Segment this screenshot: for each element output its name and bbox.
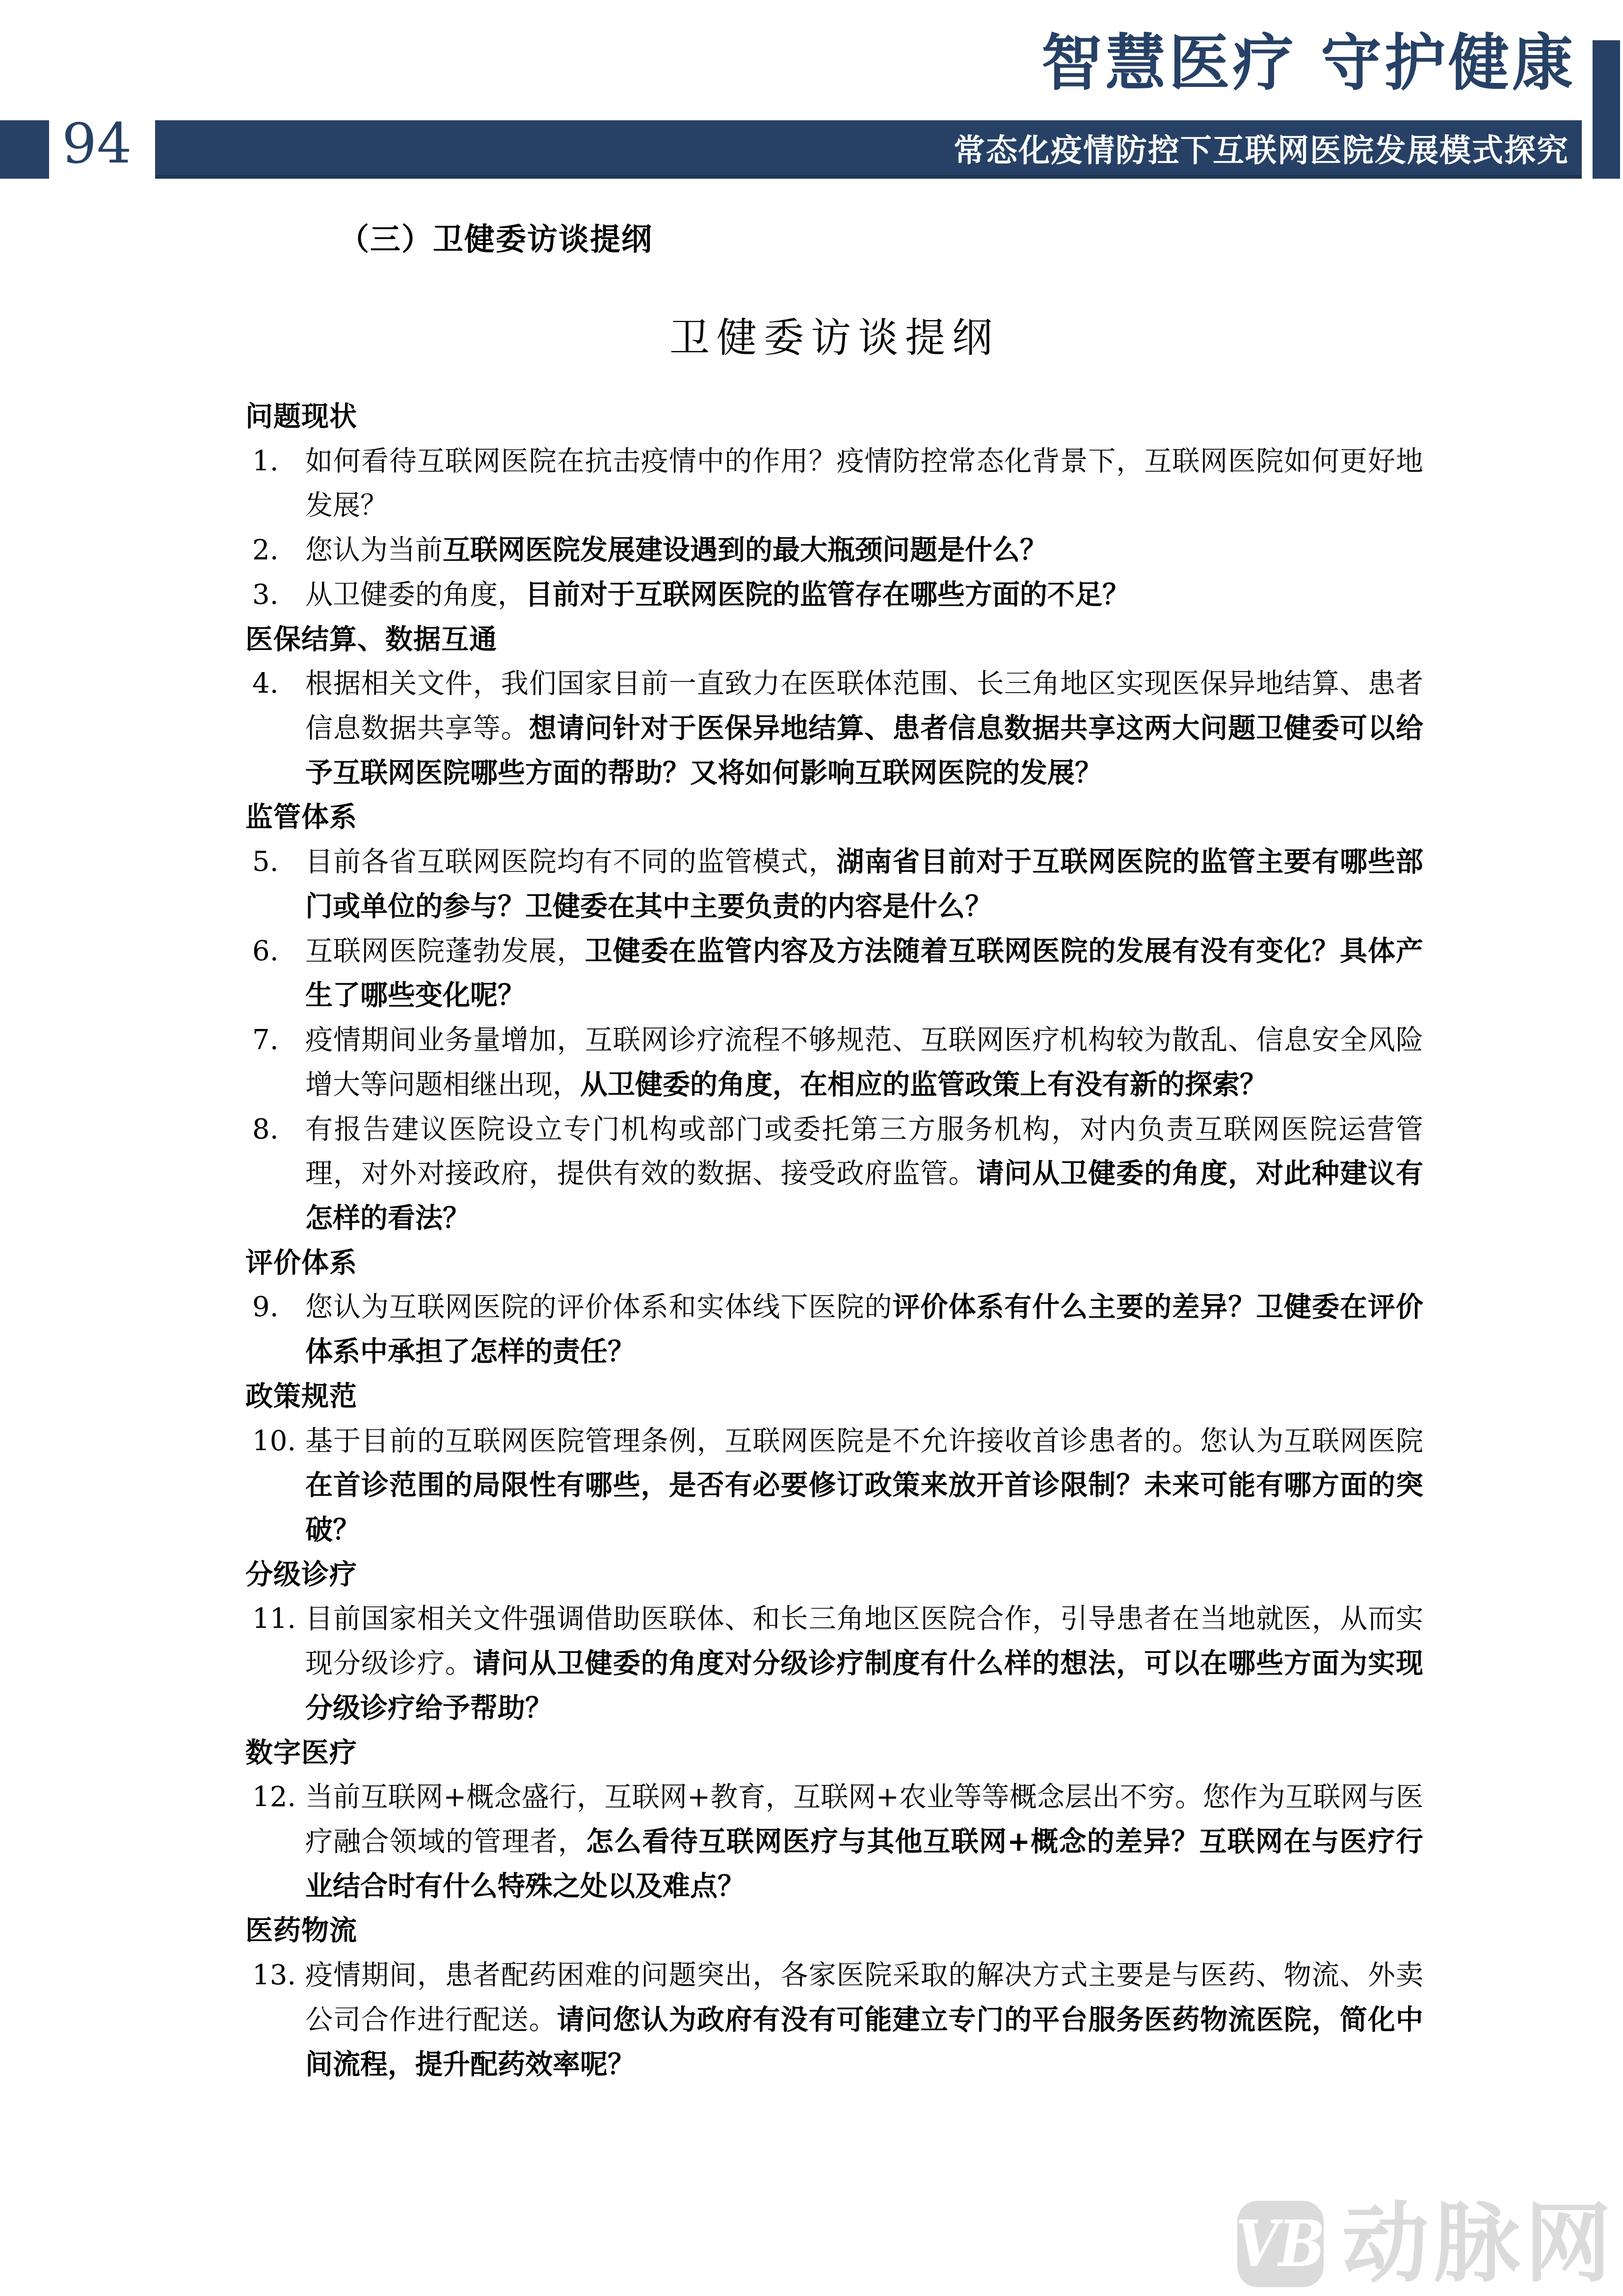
outline-item-number: 5. bbox=[245, 840, 305, 885]
outline-item-number: 10. bbox=[245, 1419, 305, 1464]
outline-item-number: 3. bbox=[245, 573, 305, 618]
outline-item-text: 如何看待互联网医院在抗击疫情中的作用？疫情防控常态化背景下，互联网医院如何更好地… bbox=[305, 439, 1423, 528]
outline-item-text-bold-run: 请问从卫健委的角度对分级诊疗制度有什么样的想法，可以在哪些方面为实现分级诊疗给予… bbox=[305, 1648, 1423, 1724]
outline-section-header: 监管体系 bbox=[245, 795, 1423, 840]
outline-item-text-run: 从卫健委的角度， bbox=[305, 579, 525, 611]
outline-item-text-bold-run: 互联网医院发展建设遇到的最大瓶颈问题是什么？ bbox=[443, 534, 1047, 566]
page-number: 94 bbox=[62, 114, 132, 174]
outline-item-text: 疫情期间业务量增加，互联网诊疗流程不够规范、互联网医疗机构较为散乱、信息安全风险… bbox=[305, 1018, 1423, 1107]
outline-item-text-run: 您认为当前 bbox=[305, 534, 443, 566]
header-slogan: 智慧医疗 守护健康 bbox=[1041, 28, 1576, 99]
outline-item: 7.疫情期间业务量增加，互联网诊疗流程不够规范、互联网医疗机构较为散乱、信息安全… bbox=[245, 1018, 1423, 1107]
vb-logo-icon: VB bbox=[1237, 2201, 1324, 2287]
outline-item-number: 7. bbox=[245, 1018, 305, 1063]
outline-item: 12.当前互联网+概念盛行，互联网+教育，互联网+农业等等概念层出不穷。您作为互… bbox=[245, 1775, 1423, 1909]
outline-item: 9.您认为互联网医院的评价体系和实体线下医院的评价体系有什么主要的差异？卫健委在… bbox=[245, 1285, 1423, 1374]
outline-item-number: 2. bbox=[245, 528, 305, 573]
outline-item: 11.目前国家相关文件强调借助医联体、和长三角地区医院合作，引导患者在当地就医，… bbox=[245, 1597, 1423, 1730]
header-subtitle: 常态化疫情防控下互联网医院发展模式探究 bbox=[954, 125, 1569, 170]
outline-item: 4.根据相关文件，我们国家目前一直致力在医联体范围、长三角地区实现医保异地结算、… bbox=[245, 662, 1423, 795]
outline-item-text: 互联网医院蓬勃发展，卫健委在监管内容及方法随着互联网医院的发展有没有变化？具体产… bbox=[305, 929, 1423, 1018]
outline-item-text-run: 基于目前的互联网医院管理条例，互联网医院是不允许接收首诊患者的。您认为互联网医院 bbox=[305, 1425, 1423, 1457]
outline-item-text-run: 如何看待互联网医院在抗击疫情中的作用？疫情防控常态化背景下，互联网医院如何更好地… bbox=[305, 445, 1423, 522]
outline-item: 1.如何看待互联网医院在抗击疫情中的作用？疫情防控常态化背景下，互联网医院如何更… bbox=[245, 439, 1423, 528]
outline-item-text: 根据相关文件，我们国家目前一直致力在医联体范围、长三角地区实现医保异地结算、患者… bbox=[305, 662, 1423, 795]
outline-item-text: 您认为互联网医院的评价体系和实体线下医院的评价体系有什么主要的差异？卫健委在评价… bbox=[305, 1285, 1423, 1374]
outline-section-header: 数字医疗 bbox=[245, 1731, 1423, 1776]
outline-item-number: 4. bbox=[245, 662, 305, 706]
header-bar: 常态化疫情防控下互联网医院发展模式探究 bbox=[155, 120, 1582, 179]
watermark: VB 动脉网 bbox=[1237, 2201, 1616, 2287]
outline-item-number: 13. bbox=[245, 1953, 305, 1998]
outline-item-number: 8. bbox=[245, 1107, 305, 1152]
outline-item-text: 疫情期间，患者配药困难的问题突出，各家医院采取的解决方式主要是与医药、物流、外卖… bbox=[305, 1953, 1423, 2087]
header-vertical-bar-decoration bbox=[1593, 40, 1620, 179]
outline-item-number: 1. bbox=[245, 439, 305, 484]
outline-item-text: 目前国家相关文件强调借助医联体、和长三角地区医院合作，引导患者在当地就医，从而实… bbox=[305, 1597, 1423, 1730]
outline-item-text: 从卫健委的角度，目前对于互联网医院的监管存在哪些方面的不足？ bbox=[305, 573, 1423, 618]
vb-logo-glyph: VB bbox=[1236, 2207, 1325, 2281]
header-corner-square-decoration bbox=[0, 120, 49, 179]
outline-section-header: 政策规范 bbox=[245, 1375, 1423, 1419]
outline-item-text-bold-run: 从卫健委的角度，在相应的监管政策上有没有新的探索？ bbox=[580, 1069, 1267, 1101]
outline-item: 5.目前各省互联网医院均有不同的监管模式，湖南省目前对于互联网医院的监管主要有哪… bbox=[245, 840, 1423, 929]
outline-item-number: 6. bbox=[245, 929, 305, 974]
outline-section-header: 分级诊疗 bbox=[245, 1553, 1423, 1597]
watermark-text: 动脉网 bbox=[1342, 2201, 1616, 2287]
outline-item-text: 目前各省互联网医院均有不同的监管模式，湖南省目前对于互联网医院的监管主要有哪些部… bbox=[305, 840, 1423, 929]
outline-item-number: 11. bbox=[245, 1597, 305, 1642]
outline-item-number: 12. bbox=[245, 1775, 305, 1820]
outline-item-text-bold-run: 在首诊范围的局限性有哪些，是否有必要修订政策来放开首诊限制？未来可能有哪方面的突… bbox=[305, 1469, 1423, 1546]
outline-item-text-run: 互联网医院蓬勃发展， bbox=[305, 935, 585, 967]
outline-item-text: 有报告建议医院设立专门机构或部门或委托第三方服务机构，对内负责互联网医院运营管理… bbox=[305, 1107, 1423, 1241]
outline-item-text: 当前互联网+概念盛行，互联网+教育，互联网+农业等等概念层出不穷。您作为互联网与… bbox=[305, 1775, 1423, 1909]
section-heading: （三）卫健委访谈提纲 bbox=[339, 215, 1423, 259]
outline-section-header: 评价体系 bbox=[245, 1241, 1423, 1286]
outline-item: 6.互联网医院蓬勃发展，卫健委在监管内容及方法随着互联网医院的发展有没有变化？具… bbox=[245, 929, 1423, 1018]
outline-item-text-bold-run: 目前对于互联网医院的监管存在哪些方面的不足？ bbox=[525, 579, 1130, 611]
outline-item-text: 您认为当前互联网医院发展建设遇到的最大瓶颈问题是什么？ bbox=[305, 528, 1423, 573]
content-area: （三）卫健委访谈提纲 卫健委访谈提纲 问题现状1.如何看待互联网医院在抗击疫情中… bbox=[245, 215, 1423, 2087]
outline-item: 10.基于目前的互联网医院管理条例，互联网医院是不允许接收首诊患者的。您认为互联… bbox=[245, 1419, 1423, 1553]
outline-item-text-run: 您认为互联网医院的评价体系和实体线下医院的 bbox=[305, 1291, 892, 1323]
outline-item: 3.从卫健委的角度，目前对于互联网医院的监管存在哪些方面的不足？ bbox=[245, 573, 1423, 618]
outline-item: 2.您认为当前互联网医院发展建设遇到的最大瓶颈问题是什么？ bbox=[245, 528, 1423, 573]
outline-section-header: 问题现状 bbox=[245, 395, 1423, 439]
interview-outline: 问题现状1.如何看待互联网医院在抗击疫情中的作用？疫情防控常态化背景下，互联网医… bbox=[245, 395, 1423, 2087]
outline-section-header: 医保结算、数据互通 bbox=[245, 618, 1423, 662]
outline-item: 8.有报告建议医院设立专门机构或部门或委托第三方服务机构，对内负责互联网医院运营… bbox=[245, 1107, 1423, 1241]
doc-title: 卫健委访谈提纲 bbox=[245, 306, 1423, 363]
outline-item-text-run: 目前各省互联网医院均有不同的监管模式， bbox=[305, 846, 837, 878]
outline-item-text: 基于目前的互联网医院管理条例，互联网医院是不允许接收首诊患者的。您认为互联网医院… bbox=[305, 1419, 1423, 1553]
outline-item: 13.疫情期间，患者配药困难的问题突出，各家医院采取的解决方式主要是与医药、物流… bbox=[245, 1953, 1423, 2087]
document-page: 智慧医疗 守护健康 94 常态化疫情防控下互联网医院发展模式探究 （三）卫健委访… bbox=[0, 0, 1623, 2296]
outline-item-number: 9. bbox=[245, 1285, 305, 1330]
outline-section-header: 医药物流 bbox=[245, 1909, 1423, 1953]
